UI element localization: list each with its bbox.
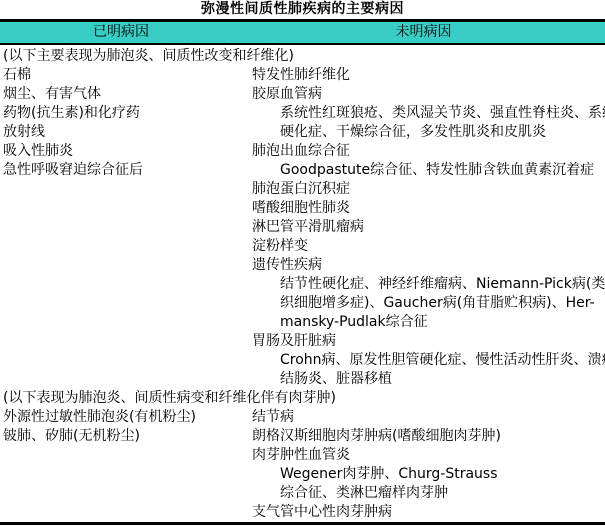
unknown-cause-cell: 肺泡蛋白沉积症 <box>245 180 605 199</box>
section-note-row: (以下表现为肺泡炎、间质性病变和纤维化伴有肉芽肿) <box>0 389 605 408</box>
known-cause-cell <box>0 180 245 199</box>
unknown-cause-cell: 硬化症、干燥综合征，多发性肌炎和皮肌炎 <box>245 123 605 142</box>
known-cause-cell <box>0 218 245 237</box>
table-row: 外源性过敏性肺泡炎(有机粉尘)结节病 <box>0 408 605 427</box>
unknown-cause-cell: 特发性肺纤维化 <box>245 66 605 85</box>
unknown-cause-cell: mansky-Pudlak综合征 <box>245 313 605 332</box>
known-cause-cell <box>0 199 245 218</box>
page-title: 弥漫性间质性肺疾病的主要病因 <box>0 0 605 19</box>
known-cause-cell <box>0 465 245 484</box>
table-row: 石棉特发性肺纤维化 <box>0 66 605 85</box>
known-cause-cell <box>0 256 245 275</box>
known-cause-cell: 铍肺、矽肺(无机粉尘) <box>0 427 245 446</box>
table-row: 肉芽肿性血管炎 <box>0 446 605 465</box>
known-cause-cell: 放射线 <box>0 123 245 142</box>
table-row: 织细胞增多症)、Gaucher病(角苷脂贮积病)、Her- <box>0 294 605 313</box>
known-cause-cell: 石棉 <box>0 66 245 85</box>
table-row: 支气管中心性肉芽肿病 <box>0 503 605 522</box>
known-cause-cell <box>0 370 245 389</box>
table-row: 肺泡蛋白沉积症 <box>0 180 605 199</box>
table-row: 烟尘、有害气体胶原血管病 <box>0 85 605 104</box>
known-cause-cell: 吸入性肺炎 <box>0 142 245 161</box>
unknown-cause-cell: 织细胞增多症)、Gaucher病(角苷脂贮积病)、Her- <box>245 294 605 313</box>
known-cause-cell <box>0 503 245 522</box>
unknown-cause-cell: 结肠炎、脏器移植 <box>245 370 605 389</box>
unknown-cause-cell: Wegener肉芽肿、Churg-Strauss <box>245 465 605 484</box>
unknown-cause-cell: 遗传性疾病 <box>245 256 605 275</box>
section-note: (以下表现为肺泡炎、间质性病变和纤维化伴有肉芽肿) <box>0 389 336 408</box>
known-cause-cell <box>0 484 245 503</box>
unknown-cause-cell: Goodpastute综合征、特发性肺含铁血黄素沉着症 <box>245 161 605 180</box>
known-cause-cell: 急性呼吸窘迫综合征后 <box>0 161 245 180</box>
known-cause-cell <box>0 237 245 256</box>
table-row: 综合征、类淋巴瘤样肉芽肿 <box>0 484 605 503</box>
unknown-cause-cell: 淀粉样变 <box>245 237 605 256</box>
known-cause-cell <box>0 275 245 294</box>
table-bottom-border <box>0 522 605 525</box>
table-row: 结节性硬化症、神经纤维瘤病、Niemann-Pick病(类脂组 <box>0 275 605 294</box>
table-row: 放射线硬化症、干燥综合征，多发性肌炎和皮肌炎 <box>0 123 605 142</box>
known-cause-cell <box>0 332 245 351</box>
table-row: 急性呼吸窘迫综合征后Goodpastute综合征、特发性肺含铁血黄素沉着症 <box>0 161 605 180</box>
unknown-cause-cell: 胶原血管病 <box>245 85 605 104</box>
known-cause-cell <box>0 446 245 465</box>
section-note-row: (以下主要表现为肺泡炎、间质性改变和纤维化) <box>0 47 605 66</box>
unknown-cause-cell: 肺泡出血综合征 <box>245 142 605 161</box>
known-cause-cell: 烟尘、有害气体 <box>0 85 245 104</box>
unknown-cause-cell: 结节病 <box>245 408 605 427</box>
table-row: 淀粉样变 <box>0 237 605 256</box>
unknown-cause-cell: 胃肠及肝脏病 <box>245 332 605 351</box>
table-row: Crohn病、原发性胆管硬化症、慢性活动性肝炎、溃疡性 <box>0 351 605 370</box>
known-cause-cell <box>0 313 245 332</box>
header-unknown-causes: 未明病因 <box>242 22 605 43</box>
table-row: 遗传性疾病 <box>0 256 605 275</box>
section-note: (以下主要表现为肺泡炎、间质性改变和纤维化) <box>0 47 294 66</box>
table-row: Wegener肉芽肿、Churg-Strauss <box>0 465 605 484</box>
unknown-cause-cell: 朗格汉斯细胞肉芽肿病(嗜酸细胞肉芽肿) <box>245 427 605 446</box>
known-cause-cell <box>0 351 245 370</box>
table-row: 铍肺、矽肺(无机粉尘)朗格汉斯细胞肉芽肿病(嗜酸细胞肉芽肿) <box>0 427 605 446</box>
known-cause-cell: 外源性过敏性肺泡炎(有机粉尘) <box>0 408 245 427</box>
table-row: 吸入性肺炎肺泡出血综合征 <box>0 142 605 161</box>
known-cause-cell: 药物(抗生素)和化疗药 <box>0 104 245 123</box>
unknown-cause-cell: 综合征、类淋巴瘤样肉芽肿 <box>245 484 605 503</box>
unknown-cause-cell: 肉芽肿性血管炎 <box>245 446 605 465</box>
table-row: 结肠炎、脏器移植 <box>0 370 605 389</box>
unknown-cause-cell: 结节性硬化症、神经纤维瘤病、Niemann-Pick病(类脂组 <box>245 275 605 294</box>
unknown-cause-cell: 嗜酸细胞性肺炎 <box>245 199 605 218</box>
table-row: mansky-Pudlak综合征 <box>0 313 605 332</box>
table-row: 淋巴管平滑肌瘤病 <box>0 218 605 237</box>
table-container: 弥漫性间质性肺疾病的主要病因 已明病因 未明病因 (以下主要表现为肺泡炎、间质性… <box>0 0 605 525</box>
unknown-cause-cell: Crohn病、原发性胆管硬化症、慢性活动性肝炎、溃疡性 <box>245 351 605 370</box>
table-body: (以下主要表现为肺泡炎、间质性改变和纤维化)石棉特发性肺纤维化烟尘、有害气体胶原… <box>0 45 605 522</box>
table-row: 药物(抗生素)和化疗药系统性红斑狼疮、类风湿关节炎、强直性脊柱炎、系统性 <box>0 104 605 123</box>
table-header: 已明病因 未明病因 <box>0 22 605 45</box>
unknown-cause-cell: 支气管中心性肉芽肿病 <box>245 503 605 522</box>
table-row: 胃肠及肝脏病 <box>0 332 605 351</box>
table-row: 嗜酸细胞性肺炎 <box>0 199 605 218</box>
unknown-cause-cell: 淋巴管平滑肌瘤病 <box>245 218 605 237</box>
header-known-causes: 已明病因 <box>0 22 242 43</box>
unknown-cause-cell: 系统性红斑狼疮、类风湿关节炎、强直性脊柱炎、系统性 <box>245 104 605 123</box>
known-cause-cell <box>0 294 245 313</box>
